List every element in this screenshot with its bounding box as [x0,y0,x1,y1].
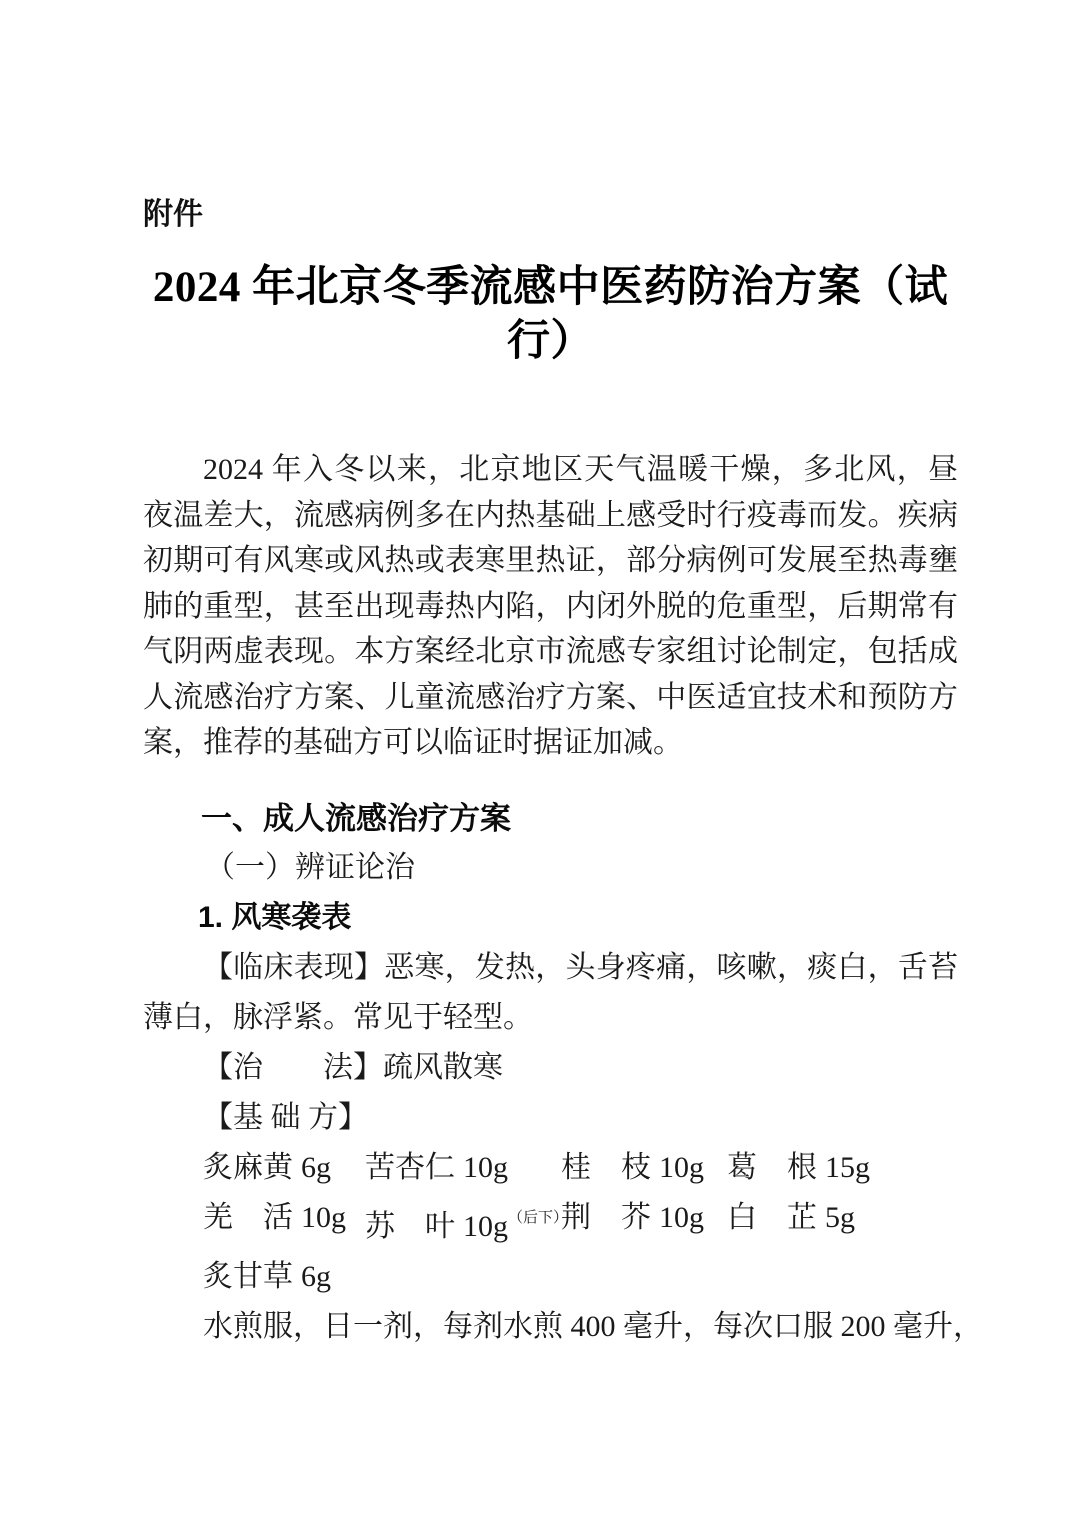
base-formula-label: 【基 础 方】 [143,1093,958,1143]
document-title: 2024 年北京冬季流感中医药防治方案（试行） [143,261,958,369]
herb-name: 荆 芥 [561,1201,651,1234]
herb-row: 炙麻黄6g 苦杏仁10g 桂 枝10g 葛 根15g [203,1143,958,1193]
herb-item: 羌 活10g [203,1193,365,1252]
herb-name: 苦杏仁 [365,1151,455,1184]
herb-name: 羌 活 [203,1201,293,1234]
herb-item: 炙甘草6g [203,1252,365,1302]
herb-name: 白 芷 [727,1201,817,1234]
treatment-method-line: 【治 法】疏风散寒 [143,1043,958,1093]
subsection-heading-syndrome-differentiation: （一）辨证论治 [143,843,958,893]
herb-name: 桂 枝 [561,1151,651,1184]
herb-dose: 6g [301,1151,331,1184]
herb-name: 炙麻黄 [203,1151,293,1184]
herb-item: 桂 枝10g [561,1143,727,1193]
clinical-manifestations: 【临床表现】恶寒，发热，头身疼痛，咳嗽，痰白，舌苔薄白，脉浮紧。常见于轻型。 [143,943,958,1043]
herb-dose: 5g [825,1201,855,1234]
herb-name: 炙甘草 [203,1260,293,1293]
herb-note-superscript: （后下） [508,1210,568,1226]
document-page: 附件 2024 年北京冬季流感中医药防治方案（试行） 2024 年入冬以来，北京… [0,0,1080,1527]
herb-item: 苏 叶10g（后下） [365,1193,561,1252]
herb-dose: 10g [659,1151,704,1184]
herb-item: 炙麻黄6g [203,1143,365,1193]
herb-name: 葛 根 [727,1151,817,1184]
decoction-instructions: 水煎服，日一剂，每剂水煎 400 毫升，每次口服 200 毫升， [143,1302,958,1352]
herb-name: 苏 叶 [365,1210,455,1243]
herb-row: 羌 活10g 苏 叶10g（后下） 荆 芥10g 白 芷5g [203,1193,958,1252]
herb-item: 荆 芥10g [561,1193,727,1252]
herb-dose: 10g [463,1151,508,1184]
herb-item: 白 芷5g [727,1193,958,1252]
herb-item: 葛 根15g [727,1143,958,1193]
herb-item: 苦杏仁10g [365,1143,561,1193]
herb-dose: 15g [825,1151,870,1184]
herb-dose: 6g [301,1260,331,1293]
herb-dose: 10g [301,1201,346,1234]
herb-dose: 10g [463,1210,508,1243]
herb-dose: 10g [659,1201,704,1234]
item-heading-wind-cold: 1. 风寒袭表 [143,893,958,943]
attachment-label: 附件 [143,197,958,233]
section-heading-adult-treatment: 一、成人流感治疗方案 [143,794,958,843]
intro-paragraph: 2024 年入冬以来，北京地区天气温暖干燥，多北风，昼夜温差大，流感病例多在内热… [143,447,958,766]
herb-row: 炙甘草6g [203,1252,958,1302]
